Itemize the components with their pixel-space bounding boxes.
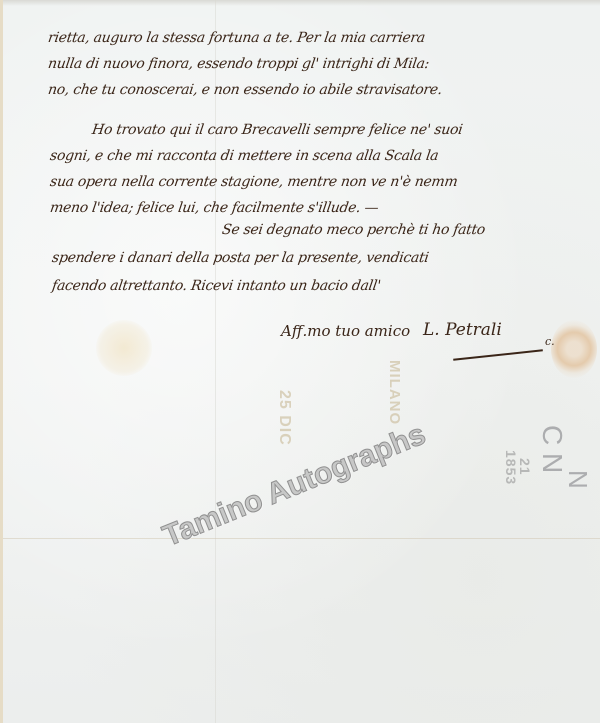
date-stamp: 25 DIC [275, 390, 293, 446]
letter-closing: Aff.mo tuo amico [281, 322, 410, 340]
letter-line-4: Ho trovato qui il caro Brecavelli sempre… [91, 122, 463, 138]
letter-line-8: Se sei degnato meco perchè ti ho fatto [221, 222, 486, 238]
signature-flourish [453, 349, 543, 360]
letter-line-9: spendere i danari della posta per la pre… [51, 250, 430, 266]
watermark: Tamino Autographs [158, 418, 430, 554]
letter-line-5: sogni, e che mi racconta di mettere in s… [49, 148, 439, 164]
wax-seal-stain-left [96, 320, 152, 376]
pencil-note-b: N [562, 470, 593, 489]
letter-line-7: meno l'idea; felice lui, che facilmente … [49, 200, 379, 216]
letter-page: rietta, auguro la stessa fortuna a te. P… [0, 0, 600, 723]
letter-line-1: rietta, auguro la stessa fortuna a te. P… [47, 30, 426, 46]
letter-line-2: nulla di nuovo finora, essendo troppi gl… [47, 56, 430, 72]
letter-line-10: facendo altrettanto. Ricevi intanto un b… [51, 278, 382, 294]
pencil-note-a: C N [536, 425, 568, 473]
signature: L. Petrali [423, 320, 502, 340]
letter-line-3: no, che tu conoscerai, e non essendo io … [47, 82, 443, 98]
paper-top-edge [3, 0, 600, 6]
paper-fold-horizontal [3, 538, 600, 539]
margin-note: c. [545, 335, 555, 348]
letter-line-6: sua opera nella corrente stagione, mentr… [49, 174, 459, 190]
paper-fold-vertical [215, 0, 216, 723]
date-stamp-day: 21 [517, 458, 533, 476]
wax-seal-stain-right [551, 320, 597, 378]
postal-stamp: MILANO [386, 360, 403, 425]
